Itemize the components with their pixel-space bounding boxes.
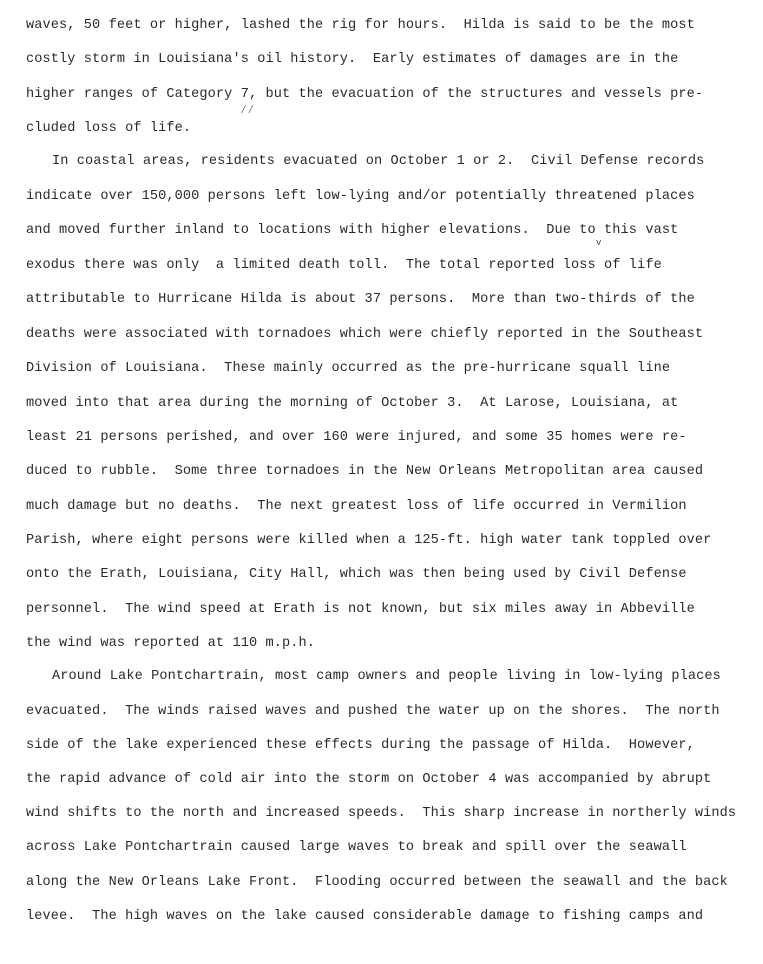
text-line: onto the Erath, Louisiana, City Hall, wh…	[26, 567, 687, 583]
typewritten-page: waves, 50 feet or higher, lashed the rig…	[0, 0, 763, 964]
text-line: least 21 persons perished, and over 160 …	[26, 430, 687, 446]
text-line: moved into that area during the morning …	[26, 396, 678, 412]
text-line: much damage but no deaths. The next grea…	[26, 499, 687, 515]
text-line: across Lake Pontchartrain caused large w…	[26, 840, 687, 856]
text-line: Around Lake Pontchartrain, most camp own…	[52, 669, 721, 685]
text-line: duced to rubble. Some three tornadoes in…	[26, 464, 703, 480]
text-line: deaths were associated with tornadoes wh…	[26, 327, 703, 343]
text-line: wind shifts to the north and increased s…	[26, 806, 736, 822]
text-line: waves, 50 feet or higher, lashed the rig…	[26, 18, 695, 34]
text-line: evacuated. The winds raised waves and pu…	[26, 704, 720, 720]
text-line: attributable to Hurricane Hilda is about…	[26, 292, 695, 308]
text-line: Division of Louisiana. These mainly occu…	[26, 361, 670, 377]
text-line: the rapid advance of cold air into the s…	[26, 772, 711, 788]
text-line: and moved further inland to locations wi…	[26, 223, 678, 239]
text-line: along the New Orleans Lake Front. Floodi…	[26, 875, 728, 891]
text-line: Parish, where eight persons were killed …	[26, 533, 711, 549]
text-line: cluded loss of life.	[26, 121, 191, 137]
text-line: indicate over 150,000 persons left low-l…	[26, 189, 695, 205]
handwritten-mark: ⁄⁄	[240, 103, 254, 117]
text-line: the wind was reported at 110 m.p.h.	[26, 636, 315, 652]
text-line: higher ranges of Category 7, but the eva…	[26, 87, 703, 103]
text-line: levee. The high waves on the lake caused…	[26, 909, 703, 925]
text-line: side of the lake experienced these effec…	[26, 738, 695, 754]
text-line: personnel. The wind speed at Erath is no…	[26, 602, 695, 618]
text-line: costly storm in Louisiana's oil history.…	[26, 52, 678, 68]
text-line: exodus there was only a limited death to…	[26, 258, 662, 274]
text-line: In coastal areas, residents evacuated on…	[52, 154, 704, 170]
handwritten-mark: v	[596, 238, 601, 248]
